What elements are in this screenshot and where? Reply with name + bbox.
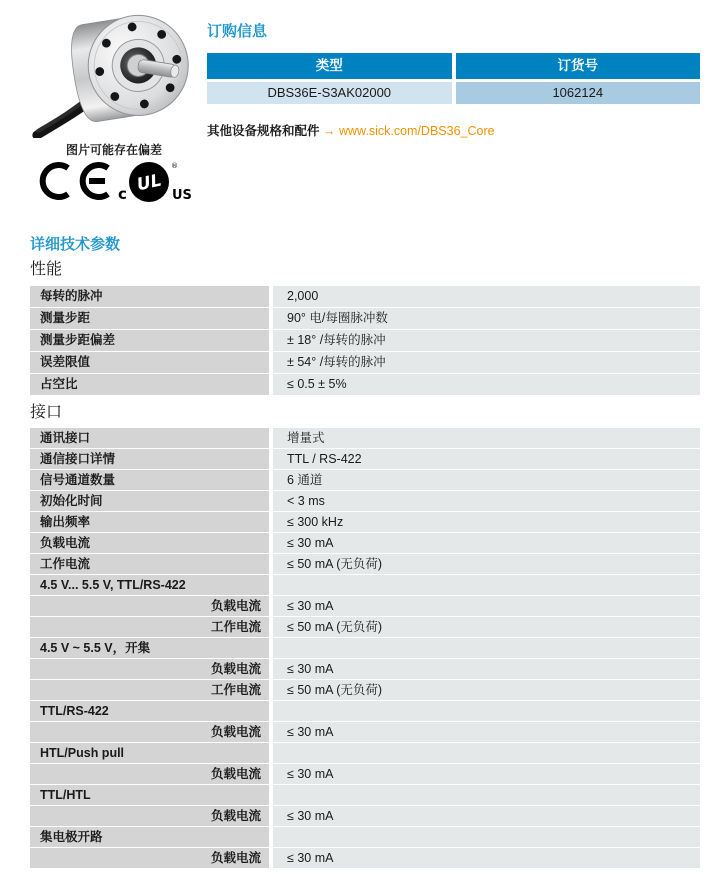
spec-label: 工作电流 bbox=[30, 554, 269, 574]
spec-label: 输出频率 bbox=[30, 512, 269, 532]
spec-value bbox=[273, 701, 700, 721]
spec-value: < 3 ms bbox=[273, 491, 700, 511]
spec-label: 每转的脉冲 bbox=[30, 286, 269, 307]
spec-label: 工作电流 bbox=[30, 680, 269, 700]
spec-value: 6 通道 bbox=[273, 470, 700, 490]
part-number-cell: 1062124 bbox=[456, 82, 701, 104]
spec-label: 负载电流 bbox=[30, 848, 269, 868]
spec-value bbox=[273, 575, 700, 595]
spec-row: 通讯接口增量式 bbox=[30, 428, 700, 448]
spec-row: 通信接口详情TTL / RS-422 bbox=[30, 449, 700, 469]
spec-value: ≤ 30 mA bbox=[273, 659, 700, 679]
spec-label: 测量步距 bbox=[30, 308, 269, 329]
spec-row: HTL/Push pull bbox=[30, 743, 700, 763]
arrow-right-icon: → bbox=[323, 124, 336, 138]
spec-label: 通讯接口 bbox=[30, 428, 269, 448]
product-family-link[interactable]: www.sick.com/DBS36_Core bbox=[339, 124, 495, 138]
spec-value: ≤ 30 mA bbox=[273, 764, 700, 784]
spec-label: TTL/RS-422 bbox=[30, 701, 269, 721]
section-title-interface: 接口 bbox=[30, 399, 62, 422]
spec-value: ≤ 30 mA bbox=[273, 533, 700, 553]
spec-value: 增量式 bbox=[273, 428, 700, 448]
spec-value bbox=[273, 785, 700, 805]
ordering-table: 类型 订货号 DBS36E-S3AK02000 1062124 bbox=[207, 53, 700, 104]
spec-label: 误差限值 bbox=[30, 352, 269, 373]
svg-text:c: c bbox=[118, 185, 127, 203]
spec-row: 每转的脉冲2,000 bbox=[30, 286, 700, 307]
encoder-product-image bbox=[26, 6, 202, 138]
spec-value: ≤ 50 mA (无负荷) bbox=[273, 617, 700, 637]
spec-row: 测量步距偏差± 18° /每转的脉冲 bbox=[30, 330, 700, 351]
spec-value: ± 18° /每转的脉冲 bbox=[273, 330, 700, 351]
accessories-link-line: 其他设备规格和配件 → www.sick.com/DBS36_Core bbox=[207, 121, 495, 139]
accessories-label: 其他设备规格和配件 bbox=[207, 124, 320, 138]
spec-label: 集电极开路 bbox=[30, 827, 269, 847]
spec-label: 占空比 bbox=[30, 374, 269, 395]
column-header-type: 类型 bbox=[207, 53, 452, 79]
spec-label: 信号通道数量 bbox=[30, 470, 269, 490]
spec-label: 负载电流 bbox=[30, 722, 269, 742]
spec-row: 4.5 V... 5.5 V, TTL/RS-422 bbox=[30, 575, 700, 595]
spec-value: ≤ 300 kHz bbox=[273, 512, 700, 532]
encoder-body-group bbox=[26, 8, 196, 135]
spec-row: 负载电流≤ 30 mA bbox=[30, 533, 700, 553]
cul-us-mark-icon: c UL ® US bbox=[118, 162, 192, 203]
spec-value: ≤ 50 mA (无负荷) bbox=[273, 680, 700, 700]
image-disclaimer-caption: 图片可能存在偏差 bbox=[26, 141, 202, 158]
certification-logos: c UL ® US bbox=[34, 158, 194, 204]
spec-row: 初始化时间< 3 ms bbox=[30, 491, 700, 511]
spec-row: 工作电流≤ 50 mA (无负荷) bbox=[30, 617, 700, 637]
spec-row: 输出频率≤ 300 kHz bbox=[30, 512, 700, 532]
product-datasheet-page: 图片可能存在偏差 c UL ® US 订购信息 类型 订货号 DBS36E-S3… bbox=[0, 0, 716, 874]
spec-value: 2,000 bbox=[273, 286, 700, 307]
spec-label: 负载电流 bbox=[30, 533, 269, 553]
spec-row: 占空比≤ 0.5 ± 5% bbox=[30, 374, 700, 395]
spec-row: 负载电流≤ 30 mA bbox=[30, 764, 700, 784]
spec-value: ≤ 30 mA bbox=[273, 806, 700, 826]
spec-label: 初始化时间 bbox=[30, 491, 269, 511]
spec-row: 信号通道数量6 通道 bbox=[30, 470, 700, 490]
spec-row: 4.5 V ~ 5.5 V，开集 bbox=[30, 638, 700, 658]
spec-value bbox=[273, 827, 700, 847]
spec-label: HTL/Push pull bbox=[30, 743, 269, 763]
spec-value: ≤ 30 mA bbox=[273, 722, 700, 742]
spec-label: 4.5 V... 5.5 V, TTL/RS-422 bbox=[30, 575, 269, 595]
spec-row: 测量步距90° 电/每圈脉冲数 bbox=[30, 308, 700, 329]
spec-row: 工作电流≤ 50 mA (无负荷) bbox=[30, 680, 700, 700]
performance-spec-table: 每转的脉冲2,000测量步距90° 电/每圈脉冲数测量步距偏差± 18° /每转… bbox=[30, 286, 700, 396]
spec-value: ≤ 50 mA (无负荷) bbox=[273, 554, 700, 574]
spec-row: 负载电流≤ 30 mA bbox=[30, 722, 700, 742]
interface-spec-table: 通讯接口增量式通信接口详情TTL / RS-422信号通道数量6 通道初始化时间… bbox=[30, 428, 700, 869]
svg-text:®: ® bbox=[171, 162, 178, 170]
spec-label: 工作电流 bbox=[30, 617, 269, 637]
svg-text:US: US bbox=[172, 188, 192, 203]
spec-row: TTL/HTL bbox=[30, 785, 700, 805]
spec-row: TTL/RS-422 bbox=[30, 701, 700, 721]
spec-label: TTL/HTL bbox=[30, 785, 269, 805]
spec-label: 测量步距偏差 bbox=[30, 330, 269, 351]
spec-value: TTL / RS-422 bbox=[273, 449, 700, 469]
spec-value: ≤ 30 mA bbox=[273, 596, 700, 616]
ce-mark-icon bbox=[43, 165, 108, 197]
ordering-table-header: 类型 订货号 bbox=[207, 53, 700, 79]
spec-label: 通信接口详情 bbox=[30, 449, 269, 469]
spec-row: 集电极开路 bbox=[30, 827, 700, 847]
spec-row: 负载电流≤ 30 mA bbox=[30, 596, 700, 616]
spec-row: 负载电流≤ 30 mA bbox=[30, 806, 700, 826]
ordering-info-title: 订购信息 bbox=[207, 20, 267, 41]
technical-data-title: 详细技术参数 bbox=[30, 233, 120, 254]
spec-value: ≤ 0.5 ± 5% bbox=[273, 374, 700, 395]
spec-row: 工作电流≤ 50 mA (无负荷) bbox=[30, 554, 700, 574]
spec-label: 负载电流 bbox=[30, 806, 269, 826]
spec-row: 负载电流≤ 30 mA bbox=[30, 659, 700, 679]
spec-label: 负载电流 bbox=[30, 659, 269, 679]
spec-row: 误差限值± 54° /每转的脉冲 bbox=[30, 352, 700, 373]
spec-value: 90° 电/每圈脉冲数 bbox=[273, 308, 700, 329]
spec-value: ≤ 30 mA bbox=[273, 848, 700, 868]
spec-label: 负载电流 bbox=[30, 764, 269, 784]
spec-value bbox=[273, 743, 700, 763]
spec-row: 负载电流≤ 30 mA bbox=[30, 848, 700, 868]
ordering-table-row: DBS36E-S3AK02000 1062124 bbox=[207, 82, 700, 104]
spec-value bbox=[273, 638, 700, 658]
section-title-performance: 性能 bbox=[30, 256, 62, 279]
spec-label: 负载电流 bbox=[30, 596, 269, 616]
type-cell: DBS36E-S3AK02000 bbox=[207, 82, 452, 104]
spec-value: ± 54° /每转的脉冲 bbox=[273, 352, 700, 373]
column-header-part-number: 订货号 bbox=[456, 53, 701, 79]
spec-label: 4.5 V ~ 5.5 V，开集 bbox=[30, 638, 269, 658]
